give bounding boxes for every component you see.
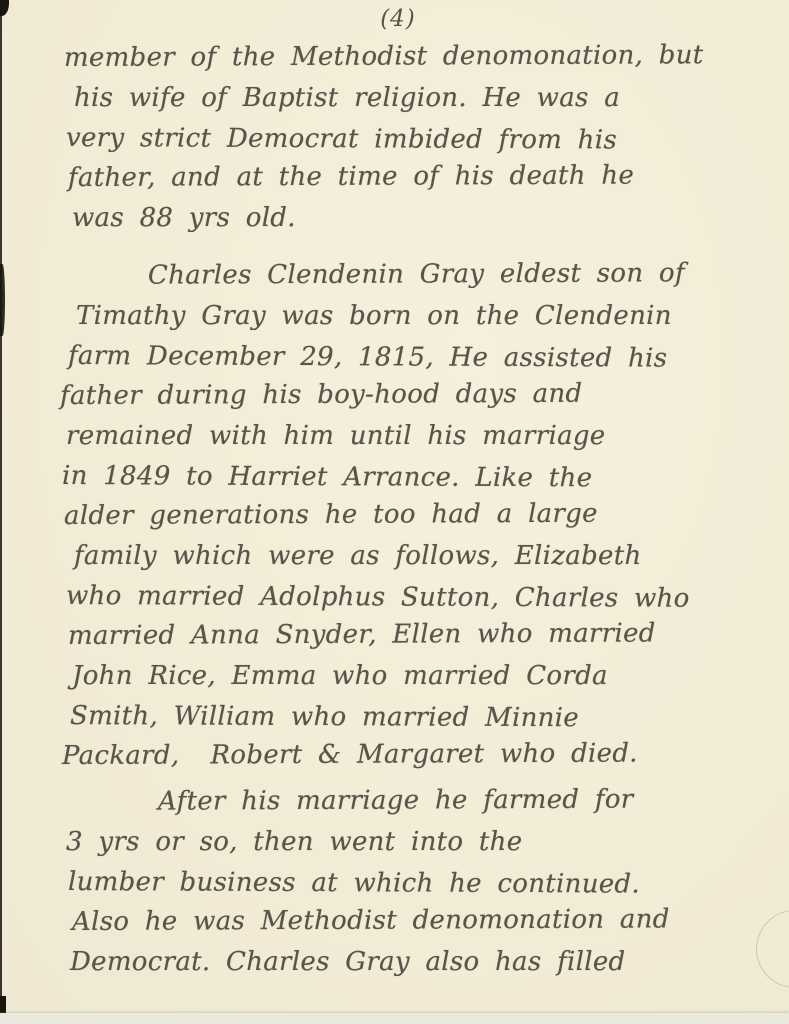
handwritten-line: alder generations he too had a large — [64, 493, 764, 536]
paragraph: After his marriage he farmed for3 yrs or… — [58, 782, 764, 982]
handwritten-line: Timathy Gray was born on the Clendenin — [76, 296, 764, 336]
handwritten-line: father, and at the time of his death he — [68, 155, 764, 198]
handwritten-line: Packard, Robert & Margaret who died. — [62, 733, 764, 776]
document-photo: { "document": { "page_number": "(4)", "p… — [0, 0, 789, 1024]
handwritten-line: member of the Methodist denomonation, bu… — [64, 35, 764, 78]
handwritten-line: father during his boy-hood days and — [60, 373, 764, 416]
left-edge-blemish — [0, 264, 5, 336]
handwritten-line: 3 yrs or so, then went into the — [66, 822, 764, 862]
handwritten-line: married Anna Snyder, Ellen who married — [68, 613, 764, 656]
left-scan-edge — [0, 0, 2, 1024]
handwritten-line: remained with him until his marriage — [66, 416, 764, 456]
handwritten-line: Charles Clendenin Gray eldest son of — [64, 253, 764, 296]
handwritten-line: After his marriage he farmed for — [74, 779, 764, 822]
handwritten-line: Also he was Methodist denomonation and — [72, 899, 764, 942]
paragraph: Charles Clendenin Gray eldest son ofTima… — [58, 256, 764, 776]
handwriting-content: (4) member of the Methodist denomonation… — [58, 6, 764, 982]
handwritten-line: Democrat. Charles Gray also has filled — [70, 942, 764, 982]
handwritten-line: family which were as follows, Elizabeth — [74, 536, 764, 576]
page-number: (4) — [58, 6, 738, 38]
page-bottom-edge — [0, 1013, 789, 1024]
paragraphs-container: member of the Methodist denomonation, bu… — [58, 38, 764, 982]
handwritten-line: his wife of Baptist religion. He was a — [74, 78, 764, 118]
paragraph: member of the Methodist denomonation, bu… — [58, 38, 764, 238]
handwritten-line: John Rice, Emma who married Corda — [72, 656, 764, 696]
handwritten-line: was 88 yrs old. — [72, 198, 764, 238]
